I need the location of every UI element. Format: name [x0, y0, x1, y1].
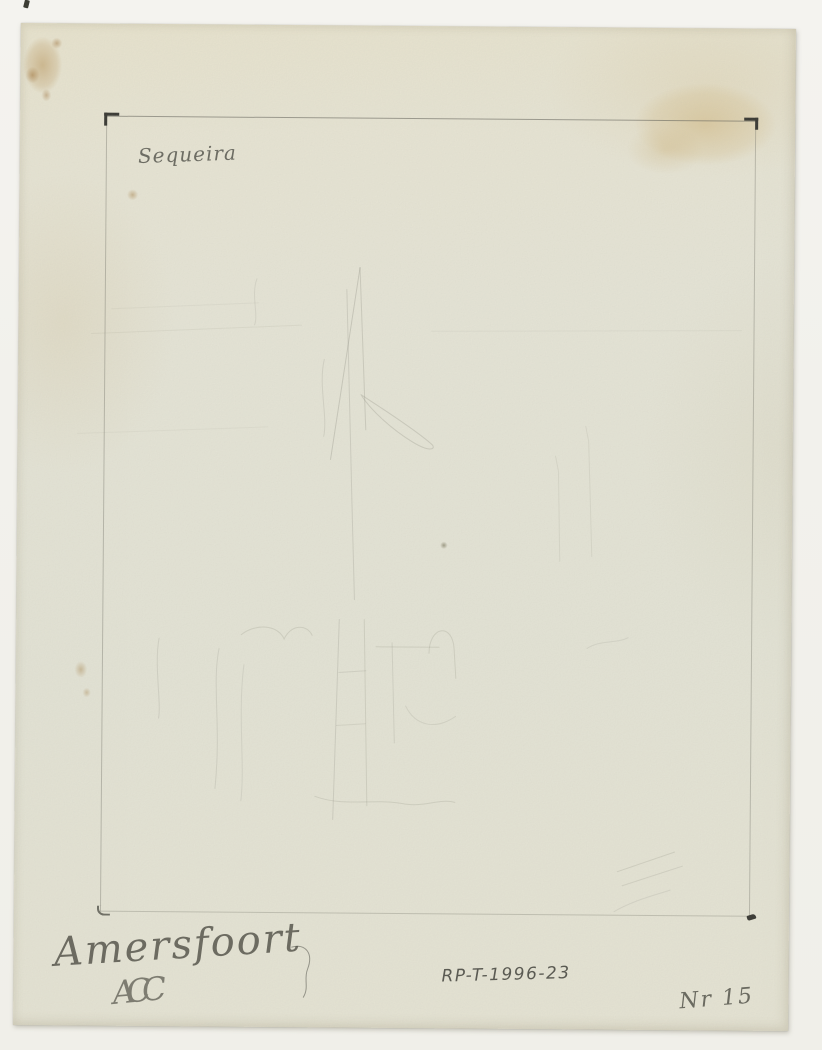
- paper-grain-texture: [13, 23, 796, 1031]
- inscription-location: Amersfoort: [53, 915, 304, 976]
- inscription-monogram: ACC: [111, 970, 160, 1012]
- inscription-inventory-number: RP-T-1996-23: [441, 963, 571, 986]
- stain-layer: [13, 23, 796, 1031]
- frame-line-top: [106, 116, 756, 122]
- paper-sheet: Sequeira Amersfoort ACC RP-T-1996-23 Nr …: [13, 23, 796, 1031]
- frame-line-bottom: [100, 911, 750, 917]
- paper-edge-shading: [13, 23, 796, 1031]
- frame-line-left: [100, 116, 107, 912]
- border-frame: [100, 116, 756, 917]
- frame-corner-mark-top-left: [104, 113, 119, 126]
- frame-corner-mark-top-right: [744, 118, 758, 130]
- pencil-sketch-tower: [13, 23, 796, 1031]
- frame-line-right: [749, 121, 756, 917]
- inscription-attribution: Sequeira: [138, 141, 238, 169]
- inscription-number-annotation: Nr 15: [678, 984, 755, 1015]
- frame-corner-mark-bottom-right: [746, 913, 756, 920]
- frame-corner-mark-bottom-left: [97, 906, 110, 916]
